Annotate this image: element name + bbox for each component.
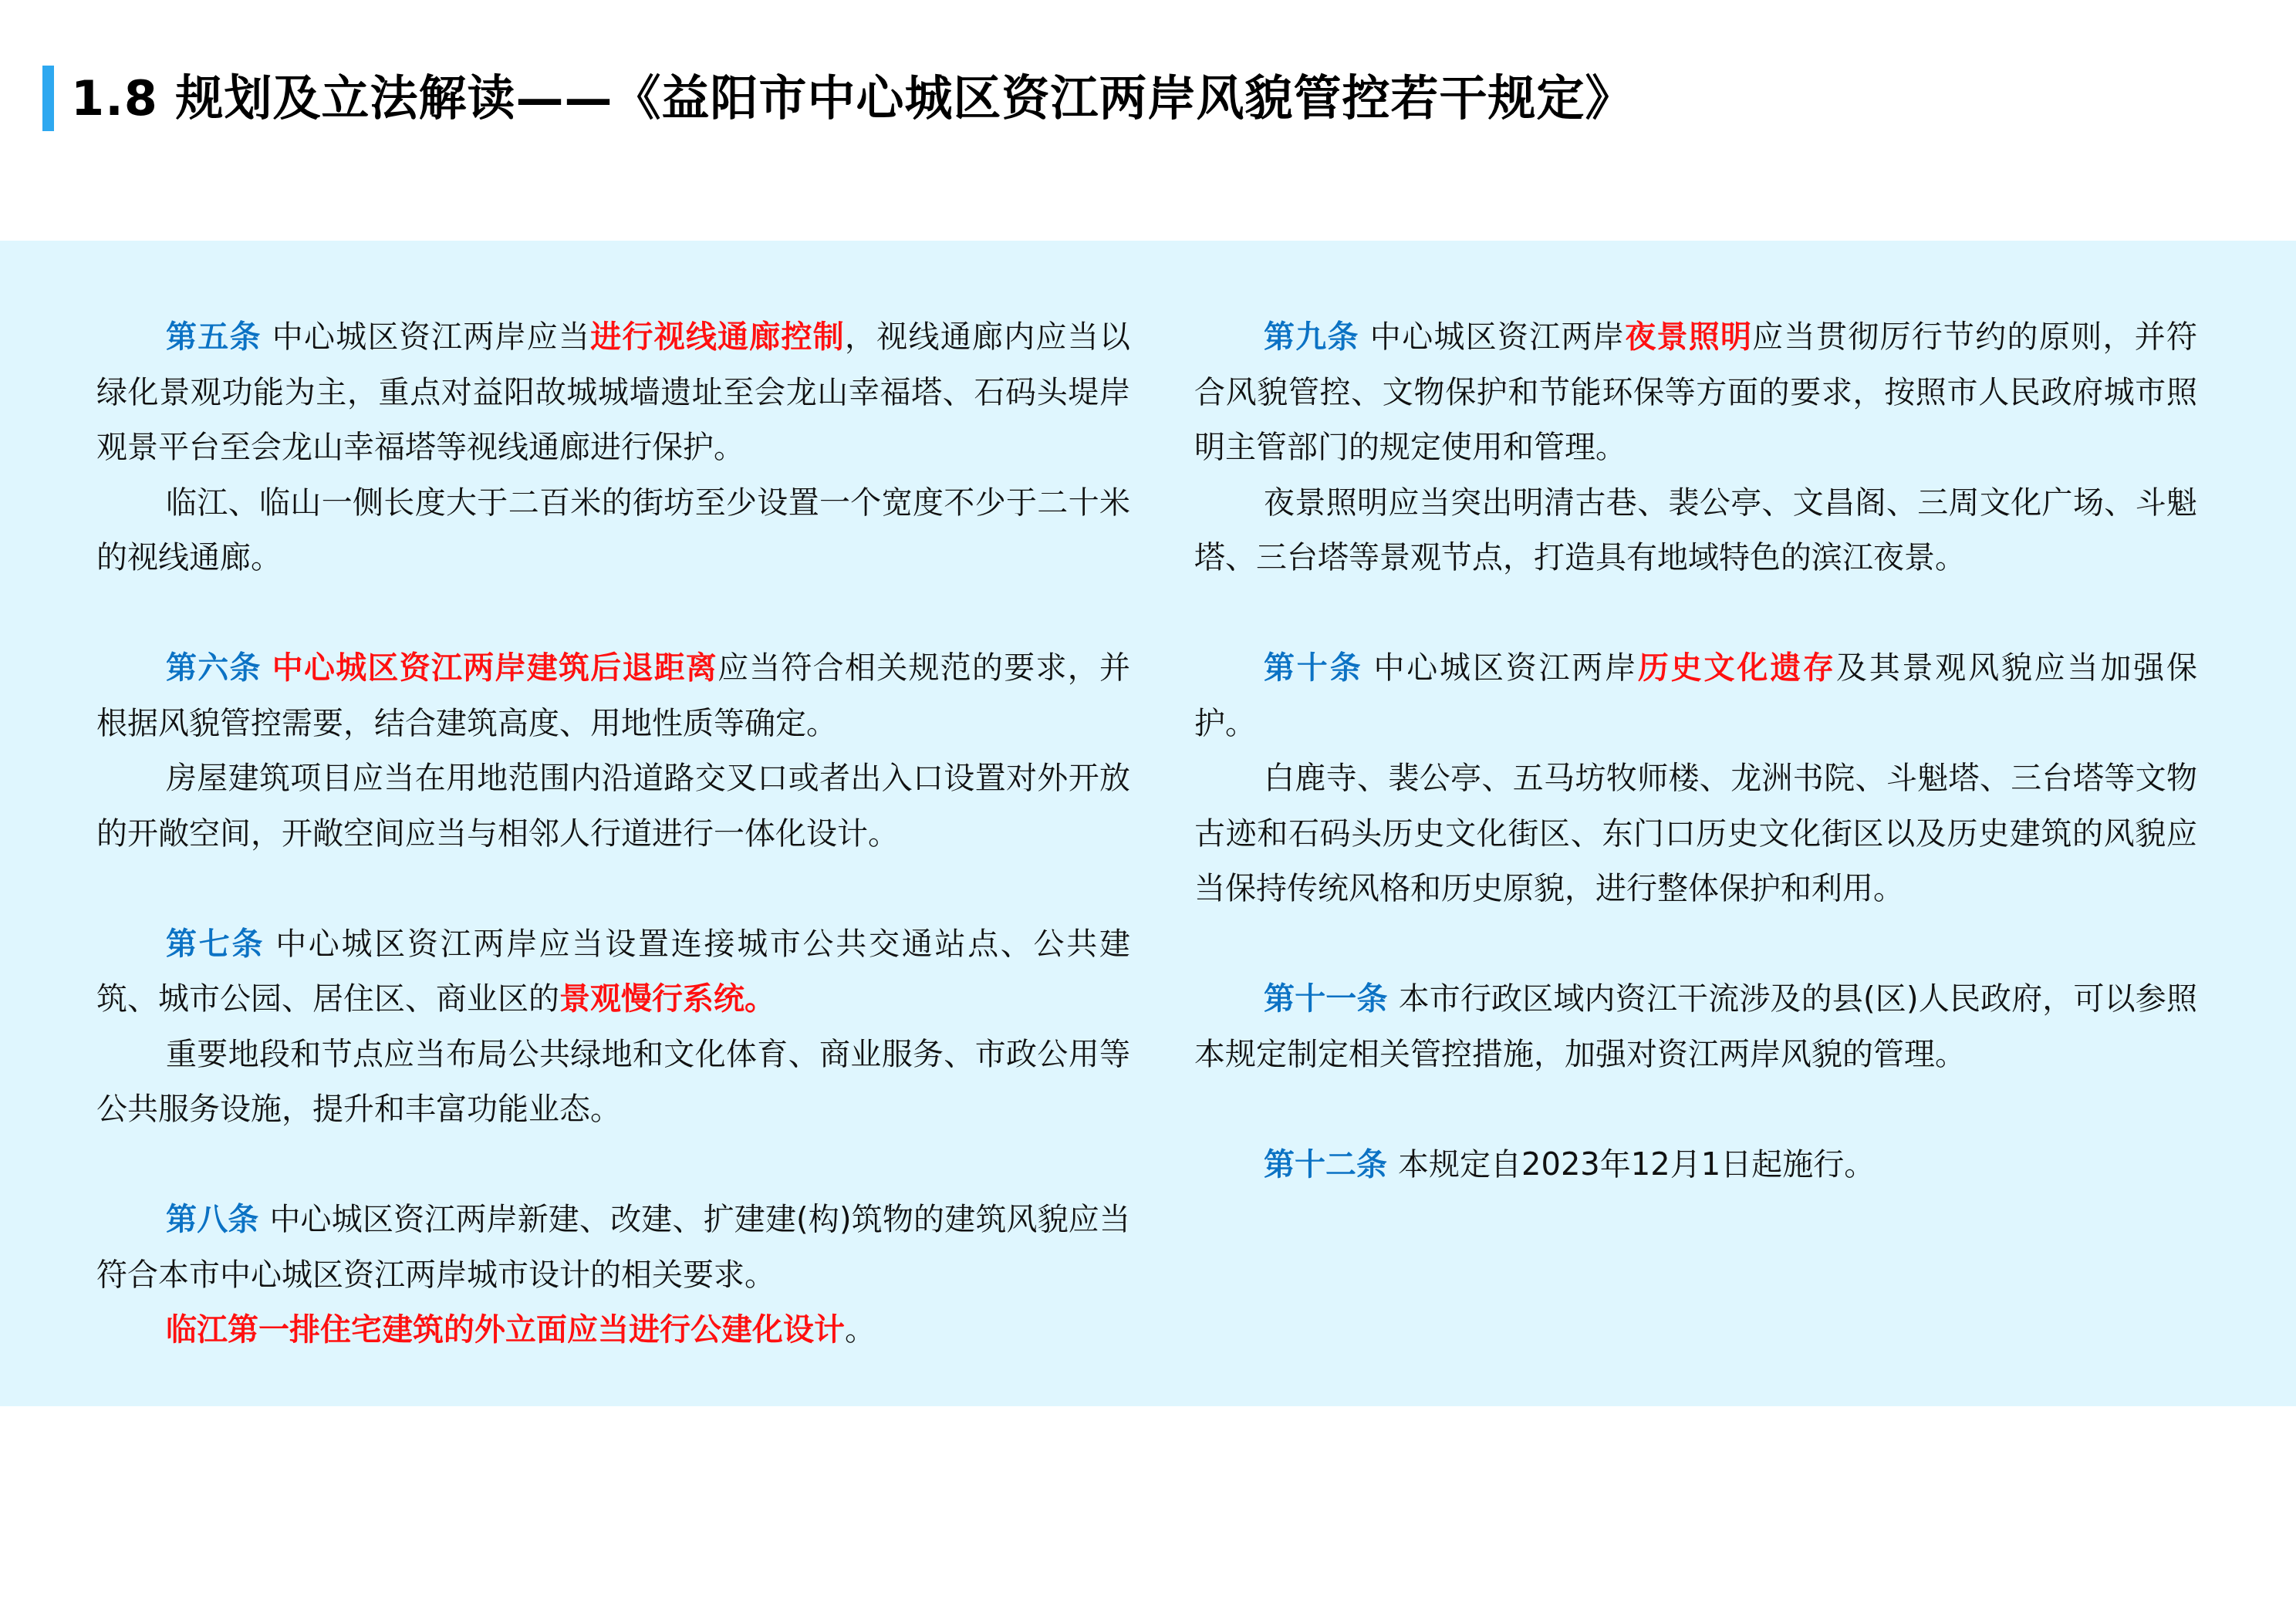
page-title: 1.8 规划及立法解读——《益阳市中心城区资江两岸风貌管控若干规定》 (71, 66, 1633, 131)
text: 中心城区资江两岸应当 (272, 319, 590, 355)
highlight-text: 临江第一排住宅建筑的外立面应当进行公建化设计 (166, 1312, 845, 1348)
text: 本规定自2023年12月1日起施行。 (1398, 1147, 1875, 1183)
article-label: 第六条 (166, 650, 262, 686)
spacer (96, 862, 1130, 917)
article-9-para-2: 夜景照明应当突出明清古巷、裴公亭、文昌阁、三周文化广场、斗魁塔、三台塔等景观节点… (1194, 476, 2197, 586)
article-label: 第七条 (166, 926, 265, 962)
highlight-text: 夜景照明 (1625, 319, 1752, 355)
highlight-text: 进行视线通廊控制 (590, 319, 845, 355)
text: 。 (845, 1312, 876, 1348)
article-label: 第十二条 (1264, 1147, 1387, 1183)
spacer (1194, 917, 2197, 973)
spacer (1194, 1082, 2197, 1138)
title-accent-bar (42, 66, 54, 131)
article-7-para-1: 第七条中心城区资江两岸应当设置连接城市公共交通站点、公共建筑、城市公园、居住区、… (96, 917, 1130, 1027)
highlight-text: 历史文化遗存 (1638, 650, 1836, 686)
article-label: 第五条 (166, 319, 262, 355)
article-10-para-1: 第十条中心城区资江两岸历史文化遗存及其景观风貌应当加强保护。 (1194, 641, 2197, 751)
article-7-para-2: 重要地段和节点应当布局公共绿地和文化体育、商业服务、市政公用等公共服务设施，提升… (96, 1027, 1130, 1138)
highlight-text: 景观慢行系统。 (559, 981, 775, 1017)
spacer (1194, 586, 2197, 642)
article-label: 第十条 (1264, 650, 1362, 686)
left-column: 第五条中心城区资江两岸应当进行视线通廊控制，视线通廊内应当以绿化景观功能为主，重… (96, 310, 1130, 1358)
article-8-para-2: 临江第一排住宅建筑的外立面应当进行公建化设计。 (96, 1303, 1130, 1358)
highlight-text: 中心城区资江两岸建筑后退距离 (272, 650, 717, 686)
content-panel: 第五条中心城区资江两岸应当进行视线通廊控制，视线通廊内应当以绿化景观功能为主，重… (0, 241, 2296, 1406)
article-8-para-1: 第八条中心城区资江两岸新建、改建、扩建建(构)筑物的建筑风貌应当符合本市中心城区… (96, 1193, 1130, 1303)
article-5-para-2: 临江、临山一侧长度大于二百米的街坊至少设置一个宽度不少于二十米的视线通廊。 (96, 476, 1130, 586)
article-6-para-1: 第六条中心城区资江两岸建筑后退距离应当符合相关规范的要求，并根据风貌管控需要，结… (96, 641, 1130, 751)
article-label: 第九条 (1264, 319, 1359, 355)
article-label: 第十一条 (1264, 981, 1388, 1017)
right-column: 第九条中心城区资江两岸夜景照明应当贯彻厉行节约的原则，并符合风貌管控、文物保护和… (1194, 310, 2197, 1193)
text: 中心城区资江两岸 (1373, 650, 1638, 686)
article-5-para-1: 第五条中心城区资江两岸应当进行视线通廊控制，视线通廊内应当以绿化景观功能为主，重… (96, 310, 1130, 476)
article-6-para-2: 房屋建筑项目应当在用地范围内沿道路交叉口或者出入口设置对外开放的开敞空间，开敞空… (96, 751, 1130, 862)
article-label: 第八条 (166, 1202, 258, 1237)
text: 中心城区资江两岸 (1370, 319, 1625, 355)
article-10-para-2: 白鹿寺、裴公亭、五马坊牧师楼、龙洲书院、斗魁塔、三台塔等文物古迹和石码头历史文化… (1194, 751, 2197, 917)
article-12-para-1: 第十二条本规定自2023年12月1日起施行。 (1194, 1138, 2197, 1193)
spacer (96, 586, 1130, 642)
article-9-para-1: 第九条中心城区资江两岸夜景照明应当贯彻厉行节约的原则，并符合风貌管控、文物保护和… (1194, 310, 2197, 476)
spacer (96, 1138, 1130, 1193)
article-11-para-1: 第十一条本市行政区域内资江干流涉及的县(区)人民政府，可以参照本规定制定相关管控… (1194, 972, 2197, 1082)
